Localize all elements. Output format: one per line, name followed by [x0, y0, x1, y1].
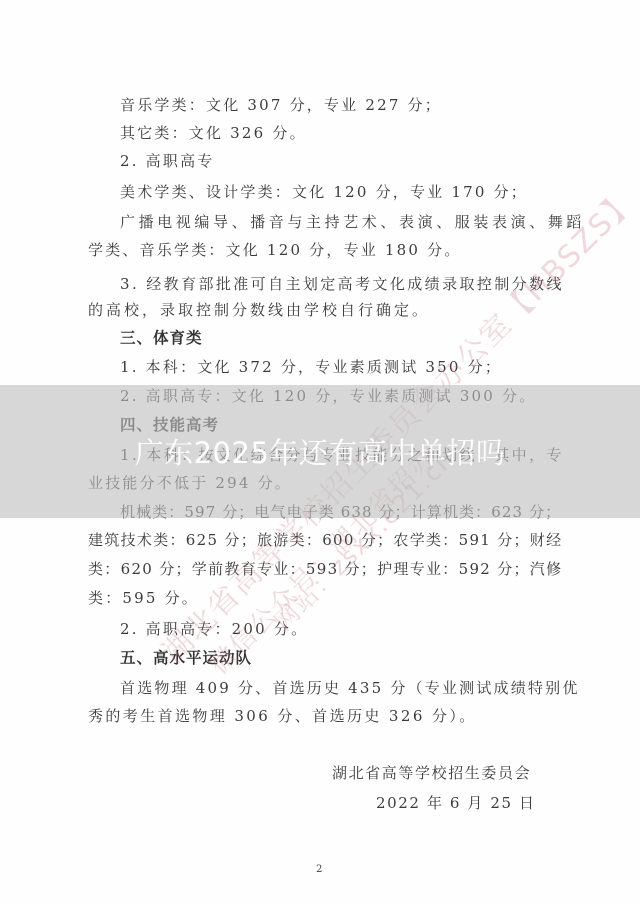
text-line: 首选物理 409 分、首选历史 435 分（专业测试成绩特别优 [120, 678, 580, 698]
document-page: 音乐学类：文化 307 分，专业 227 分； 其它类：文化 326 分。 2.… [0, 0, 640, 904]
signature-organization: 湖北省高等学校招生委员会 [332, 762, 531, 783]
text-line: 1. 本科：文化 372 分，专业素质测试 350 分； [120, 357, 502, 377]
banner-title: 广东2025年还有高中单招吗 [0, 433, 640, 473]
text-line: 广播电视编导、播音与主持艺术、表演、服装表演、舞蹈 [120, 212, 552, 232]
section-heading-athletes: 五、高水平运动队 [120, 648, 252, 668]
signature-date: 2022 年 6 月 25 日 [376, 792, 536, 813]
text-line: 秀的考生首选物理 306 分、首选历史 326 分）。 [88, 706, 477, 726]
text-line: 学类、音乐学类：文化 120 分，专业 180 分。 [88, 240, 462, 260]
text-line: 2. 高职高专：200 分。 [120, 619, 308, 639]
page-number: 2 [316, 864, 322, 875]
text-line: 建筑技术类：625 分；旅游类：600 分；农学类：591 分；财经 [88, 530, 562, 550]
section-subheading: 2. 高职高专 [120, 151, 214, 171]
text-line: 其它类：文化 326 分。 [120, 123, 307, 143]
text-line: 类：620 分；学前教育专业：593 分；护理专业：592 分；汽修 [88, 559, 562, 579]
text-line: 3. 经教育部批准可自主划定高考文化成绩录取控制分数线 [120, 274, 564, 294]
section-heading-sports: 三、体育类 [120, 328, 203, 348]
text-line: 的高校，录取控制分数线由学校自行确定。 [88, 300, 430, 320]
text-line: 类：595 分。 [88, 588, 199, 608]
text-line: 美术学类、设计学类：文化 120 分，专业 170 分； [120, 182, 528, 202]
text-line: 音乐学类：文化 307 分，专业 227 分； [120, 95, 442, 115]
